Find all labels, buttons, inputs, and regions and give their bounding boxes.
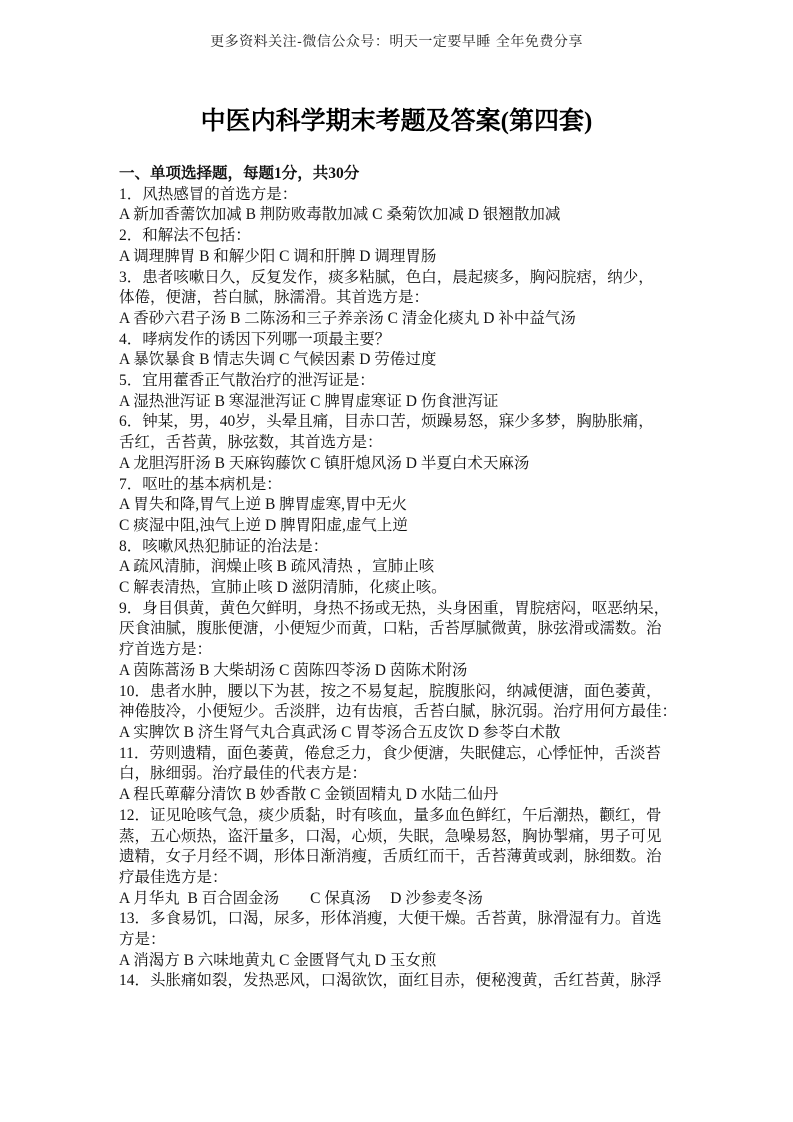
document-body: 一、单项选择题，每题1分，共30分 1．风热感冒的首选方是： A 新加香薷饮加减… (119, 164, 684, 992)
question-14-stem: 14．头胀痛如裂，发热恶风，口渴欲饮，面红目赤，便秘溲黄，舌红苔黄，脉浮 (119, 971, 684, 992)
question-4-options: A 暴饮暴食 B 情志失调 C 气候因素 D 劳倦过度 (119, 350, 684, 371)
question-13-stem: 13．多食易饥，口渴，尿多，形体消瘦，大便干燥。舌苔黄，脉滑湿有力。首选 (119, 909, 684, 930)
question-2-options: A 调理脾胃 B 和解少阳 C 调和肝脾 D 调理胃肠 (119, 247, 684, 268)
question-13-stem-cont: 方是： (119, 930, 684, 951)
question-1-options: A 新加香薷饮加减 B 荆防败毒散加减 C 桑菊饮加减 D 银翘散加减 (119, 205, 684, 226)
question-12-stem-cont-2: 遗精，女子月经不调，形体日渐消瘦，舌质红而干，舌苔薄黄或剥，脉细数。治 (119, 847, 684, 868)
question-1-stem: 1．风热感冒的首选方是： (119, 185, 684, 206)
question-11-stem: 11．劳则遗精，面色萎黄，倦怠乏力，食少便溏，失眠健忘，心悸怔忡，舌淡苔 (119, 744, 684, 765)
question-7-options-ab: A 胃失和降,胃气上逆 B 脾胃虚寒,胃中无火 (119, 495, 684, 516)
page-title: 中医内科学期末考题及答案(第四套) (0, 101, 793, 137)
question-8-options-cd: C 解表清热，宣肺止咳 D 滋阴清肺，化痰止咳。 (119, 578, 684, 599)
question-2-stem: 2．和解法不包括： (119, 226, 684, 247)
question-9-options: A 茵陈蒿汤 B 大柴胡汤 C 茵陈四苓汤 D 茵陈术附汤 (119, 661, 684, 682)
question-10-stem-cont: 神倦肢冷，小便短少。舌淡胖，边有齿痕，舌苔白腻，脉沉弱。治疗用何方最佳： (119, 702, 684, 723)
question-12-stem: 12．证见呛咳气急，痰少质黏，时有咳血，量多血色鲜红，午后潮热，颧红，骨 (119, 806, 684, 827)
question-4-stem: 4．哮病发作的诱因下列哪一项最主要？ (119, 330, 684, 351)
question-9-stem: 9．身目俱黄，黄色欠鲜明，身热不扬或无热，头身困重，胃脘痞闷，呕恶纳呆， (119, 599, 684, 620)
section-title: 一、单项选择题，每题1分，共30分 (119, 164, 684, 185)
question-10-options: A 实脾饮 B 济生肾气丸合真武汤 C 胃苓汤合五皮饮 D 参苓白术散 (119, 723, 684, 744)
question-8-stem: 8．咳嗽风热犯肺证的治法是： (119, 537, 684, 558)
question-3-stem: 3．患者咳嗽日久，反复发作，痰多粘腻，色白，晨起痰多，胸闷脘痞，纳少， (119, 268, 684, 289)
question-9-stem-cont-2: 疗首选方是： (119, 640, 684, 661)
question-12-stem-cont-3: 疗最佳选方是： (119, 868, 684, 889)
question-3-options: A 香砂六君子汤 B 二陈汤和三子养亲汤 C 清金化痰丸 D 补中益气汤 (119, 309, 684, 330)
question-7-options-cd: C 痰湿中阻,浊气上逆 D 脾胃阳虚,虚气上逆 (119, 516, 684, 537)
question-12-options: A 月华丸 B 百合固金汤 C 保真汤 D 沙参麦冬汤 (119, 889, 684, 910)
question-11-options: A 程氏萆薢分清饮 B 妙香散 C 金锁固精丸 D 水陆二仙丹 (119, 785, 684, 806)
question-6-stem-cont: 舌红，舌苔黄，脉弦数，其首选方是： (119, 433, 684, 454)
question-8-options-ab: A 疏风清肺，润燥止咳 B 疏风清热 ，宣肺止咳 (119, 557, 684, 578)
question-5-options: A 湿热泄泻证 B 寒湿泄泻证 C 脾胃虚寒证 D 伤食泄泻证 (119, 392, 684, 413)
question-6-stem: 6．钟某，男，40岁，头晕且痛，目赤口苦，烦躁易怒，寐少多梦，胸胁胀痛， (119, 412, 684, 433)
question-10-stem: 10．患者水肿，腰以下为甚，按之不易复起，脘腹胀闷，纳减便溏，面色萎黄， (119, 682, 684, 703)
question-3-stem-cont: 体倦，便溏，苔白腻，脉濡滑。其首选方是： (119, 288, 684, 309)
question-5-stem: 5．宜用藿香正气散治疗的泄泻证是： (119, 371, 684, 392)
question-6-options: A 龙胆泻肝汤 B 天麻钩藤饮 C 镇肝熄风汤 D 半夏白术天麻汤 (119, 454, 684, 475)
question-12-stem-cont: 蒸，五心烦热，盗汗量多，口渴，心烦，失眠，急噪易怒，胸协掣痛，男子可见 (119, 827, 684, 848)
question-13-options: A 消渴方 B 六味地黄丸 C 金匮肾气丸 D 玉女煎 (119, 951, 684, 972)
question-7-stem: 7．呕吐的基本病机是： (119, 475, 684, 496)
question-11-stem-cont: 白，脉细弱。治疗最佳的代表方是： (119, 764, 684, 785)
question-9-stem-cont: 厌食油腻，腹胀便溏，小便短少而黄，口粘，舌苔厚腻微黄，脉弦滑或濡数。治 (119, 619, 684, 640)
header-promo-note: 更多资料关注-微信公众号：明天一定要早睡 全年免费分享 (0, 31, 793, 51)
